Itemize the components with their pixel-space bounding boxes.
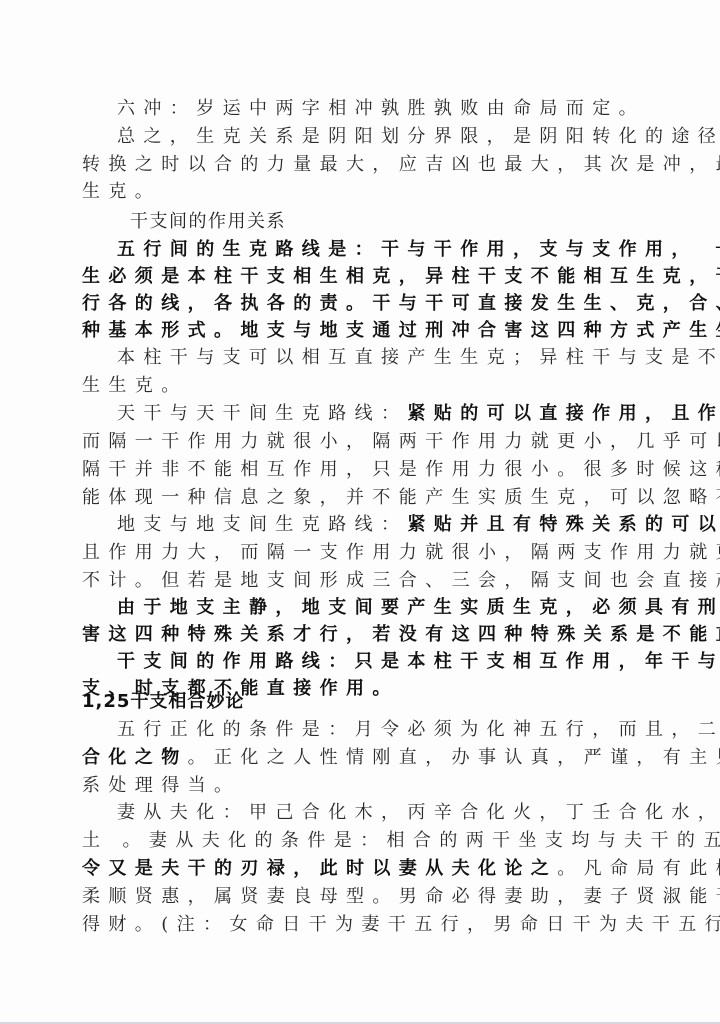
text-line: 干支间的作用路线：只是本柱干支相互作用，年干与月支、日	[117, 648, 657, 675]
subheading: 干支间的作用关系	[130, 208, 670, 235]
text-segment: 总之，生克关系是阴阳划分界限，是阴阳转化的途径。在阴阳	[117, 126, 720, 147]
text-segment-bold: 合化之物	[82, 747, 188, 768]
text-segment-bold: 干支间的作用路线：只是本柱干支相互作用，年干与月支、日	[117, 651, 720, 672]
text-segment: 隔干并非不能相互作用，只是作用力很小。很多时候这种作用力只	[82, 459, 720, 480]
text-line: 天干与天干间生克路线：紧贴的可以直接作用，且作用力大，	[117, 400, 657, 427]
text-segment-bold: 紧贴的可以直接作用，且作用力大，	[407, 403, 720, 424]
section-heading-text: 1,25干支相合妙论	[82, 691, 244, 712]
text-line: 六冲：岁运中两字相冲孰胜孰败由命局而定。	[117, 95, 657, 122]
subheading-text: 干支间的作用关系	[130, 211, 286, 232]
text-segment-bold: 五行间的生克路线是：干与干作用，支与支作用， 一般干支相	[117, 239, 720, 260]
text-segment: 本柱干与支可以相互直接产生生克；异柱干与支是不能直接产	[117, 347, 720, 368]
text-segment-bold: 生必须是本柱干支相生相克，异柱干支不能相互生克，干与支是各	[82, 266, 720, 287]
text-line: 得财。(注：女命日干为妻干五行，男命日干为夫干五行)	[82, 911, 622, 938]
text-segment-bold: 紧贴并且有特殊关系的可以直接作用，	[407, 514, 720, 535]
text-segment: 柔顺贤惠，属贤妻良母型。男命必得妻助，妻子贤淑能干，且因妻	[82, 886, 720, 907]
text-segment: 能体现一种信息之象，并不能产生实质生克，可以忽略不计。	[82, 487, 720, 508]
text-line: 而隔一干作用力就很小，隔两干作用力就更小，几乎可以忽略不计。	[82, 428, 622, 455]
text-line: 害这四种特殊关系才行，若没有这四种特殊关系是不能直接生克的。	[82, 621, 622, 648]
text-line: 隔干并非不能相互作用，只是作用力很小。很多时候这种作用力只	[82, 456, 622, 483]
text-line: 行各的线，各执各的责。干与干可直接发生生、克，合、冲，这四	[82, 290, 622, 317]
text-line: 不计。但若是地支间形成三合、三会，隔支间也会直接产生生克力。	[82, 567, 622, 594]
text-segment: 不计。但若是地支间形成三合、三会，隔支间也会直接产生生克力。	[82, 570, 720, 591]
text-line: 合化之物。正化之人性情刚直，办事认真，严谨，有主见，人际关	[82, 744, 622, 771]
text-segment: 。正化之人性情刚直，办事认真，严谨，有主见，人际关	[188, 747, 720, 768]
text-segment: 得财。(注：女命日干为妻干五行，男命日干为夫干五行)	[82, 914, 720, 935]
text-segment: 且作用力大，而隔一支作用力就很小，隔两支作用力就更小，忽略	[82, 542, 720, 563]
text-segment: 。凡命局有此格的女人，	[557, 858, 720, 879]
text-segment: 天干与天干间生克路线：	[117, 403, 407, 424]
text-line: 生生克。	[82, 372, 622, 399]
text-segment: 五行正化的条件是：月令必须为化神五行，而且，二干坐支为	[117, 719, 720, 740]
text-line: 由于地支主静，地支间要产生实质生克，必须具有刑、冲、合、	[117, 594, 657, 621]
text-segment: 生克。	[82, 181, 161, 202]
text-segment: 而隔一干作用力就很小，隔两干作用力就更小，几乎可以忽略不计。	[82, 431, 720, 452]
text-segment-bold: 害这四种特殊关系才行，若没有这四种特殊关系是不能直接生克的。	[82, 624, 720, 645]
document-page: 六冲：岁运中两字相冲孰胜孰败由命局而定。 总之，生克关系是阴阳划分界限，是阴阳转…	[0, 0, 720, 1022]
text-segment: 转换之时以合的力量最大，应吉凶也最大，其次是冲，最后是刑和	[82, 154, 720, 175]
text-line: 地支与地支间生克路线：紧贴并且有特殊关系的可以直接作用，	[117, 511, 657, 538]
text-line: 种基本形式。地支与地支通过刑冲合害这四种方式产生生克力。	[82, 317, 622, 344]
text-segment: 六冲：岁运中两字相冲孰胜孰败由命局而定。	[117, 98, 645, 119]
text-line: 且作用力大，而隔一支作用力就很小，隔两支作用力就更小，忽略	[82, 539, 622, 566]
text-segment: 土 。妻从夫化的条件是：相合的两干坐支均与夫干的五行比和，月	[82, 830, 720, 851]
text-segment-bold: 种基本形式。地支与地支通过刑冲合害这四种方式产生生克力。	[82, 320, 720, 341]
text-segment-bold: 行各的线，各执各的责。干与干可直接发生生、克，合、冲，这四	[82, 293, 720, 314]
text-line: 生克。	[82, 178, 622, 205]
text-line: 五行间的生克路线是：干与干作用，支与支作用， 一般干支相	[117, 236, 657, 263]
text-line: 生必须是本柱干支相生相克，异柱干支不能相互生克，干与支是各	[82, 263, 622, 290]
text-line: 柔顺贤惠，属贤妻良母型。男命必得妻助，妻子贤淑能干，且因妻	[82, 883, 622, 910]
text-segment: 系处理得当。	[82, 775, 240, 796]
text-line: 能体现一种信息之象，并不能产生实质生克，可以忽略不计。	[82, 484, 622, 511]
text-segment: 地支与地支间生克路线：	[117, 514, 407, 535]
text-line: 转换之时以合的力量最大，应吉凶也最大，其次是冲，最后是刑和	[82, 151, 622, 178]
text-line: 五行正化的条件是：月令必须为化神五行，而且，二干坐支为	[117, 716, 657, 743]
text-line: 本柱干与支可以相互直接产生生克；异柱干与支是不能直接产	[117, 344, 657, 371]
text-line: 土 。妻从夫化的条件是：相合的两干坐支均与夫干的五行比和，月	[82, 827, 622, 854]
text-segment-bold: 令又是夫干的刃禄，此时以妻从夫化论之	[82, 858, 557, 879]
text-line: 系处理得当。	[82, 772, 622, 799]
text-segment: 妻从夫化：甲己合化木，丙辛合化火，丁壬合化水，戊癸合化	[117, 802, 720, 823]
section-heading: 1,25干支相合妙论	[82, 688, 622, 715]
text-line: 令又是夫干的刃禄，此时以妻从夫化论之。凡命局有此格的女人，	[82, 855, 622, 882]
text-segment: 生生克。	[82, 375, 188, 396]
text-line: 总之，生克关系是阴阳划分界限，是阴阳转化的途径。在阴阳	[117, 123, 657, 150]
text-line: 妻从夫化：甲己合化木，丙辛合化火，丁壬合化水，戊癸合化	[117, 799, 657, 826]
text-segment-bold: 由于地支主静，地支间要产生实质生克，必须具有刑、冲、合、	[117, 597, 720, 618]
